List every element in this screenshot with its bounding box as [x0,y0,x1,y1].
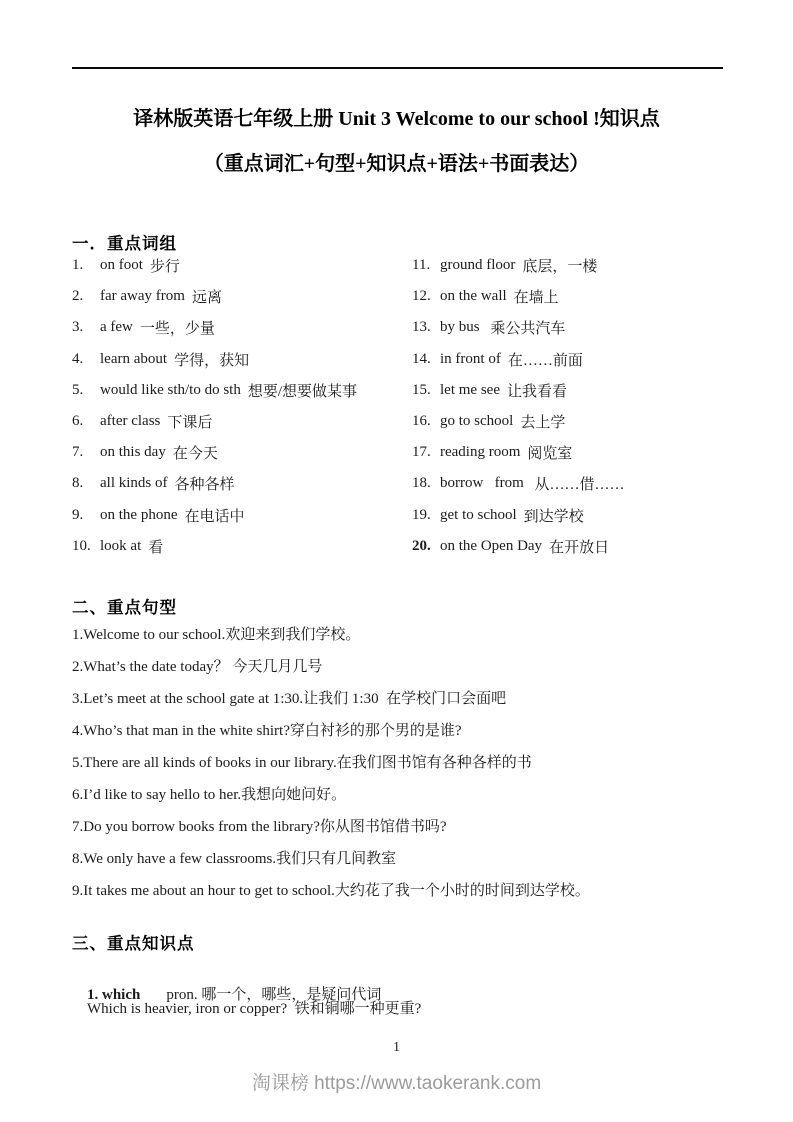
vocab-english: borrow from [440,475,524,492]
vocab-item: 1.on foot步行 [72,250,412,281]
document-title: 译林版英语七年级上册 Unit 3 Welcome to our school … [0,102,793,131]
vocab-number: 6. [72,413,100,430]
vocab-chinese: 在今天 [173,442,218,463]
vocab-chinese: 学得，获知 [174,349,249,370]
vocab-item: 8.all kinds of各种各样 [72,468,412,499]
vocab-number: 5. [72,382,100,399]
vocab-number: 11. [412,257,440,274]
sentence-item: 7.Do you borrow books from the library?你… [72,809,732,841]
document-page: 译林版英语七年级上册 Unit 3 Welcome to our school … [0,0,793,1122]
vocab-english: by bus [440,319,480,336]
vocab-chinese: 看 [148,536,163,557]
sentence-item: 5.There are all kinds of books in our li… [72,745,732,777]
vocab-number: 2. [72,288,100,305]
vocab-english: ground floor [440,257,515,274]
page-number: 1 [0,1040,793,1056]
vocab-english: on the Open Day [440,538,542,555]
vocab-english: all kinds of [100,475,168,492]
vocab-item: 5.would like sth/to do sth想要/想要做某事 [72,375,412,406]
vocab-chinese: 去上学 [520,411,565,432]
footer-watermark: 淘课榜 https://www.taokerank.com [0,1068,793,1095]
vocab-number: 14. [412,351,440,368]
vocab-number: 17. [412,444,440,461]
vocab-number: 3. [72,319,100,336]
vocab-english: on the phone [100,507,177,524]
vocab-english: get to school [440,507,517,524]
vocab-chinese: 到达学校 [524,505,584,526]
sentence-item: 2.What’s the date today？ 今天几月几号 [72,649,732,681]
sentence-item: 1.Welcome to our school.欢迎来到我们学校。 [72,617,732,649]
vocab-number: 16. [412,413,440,430]
knowledge-example: Which is heavier, iron or copper? 铁和铜哪一种… [87,997,421,1018]
vocab-item: 6.after class下课后 [72,406,412,437]
vocab-english: in front of [440,351,501,368]
vocab-english: would like sth/to do sth [100,382,241,399]
vocab-item: 13.by bus 乘公共汽车 [412,312,723,343]
vocab-item: 12.on the wall在墙上 [412,281,723,312]
vocab-number: 9. [72,507,100,524]
vocab-chinese: 阅览室 [527,442,572,463]
sentence-item: 9.It takes me about an hour to get to sc… [72,873,732,905]
vocab-item: 4.learn about学得，获知 [72,344,412,375]
document-subtitle: （重点词汇+句型+知识点+语法+书面表达） [0,147,793,176]
vocab-item: 16.go to school去上学 [412,406,723,437]
vocab-number: 7. [72,444,100,461]
vocab-chinese: 步行 [150,255,180,276]
vocab-item: 19.get to school到达学校 [412,500,723,531]
sentence-list: 1.Welcome to our school.欢迎来到我们学校。 2.What… [72,617,732,905]
sentence-item: 8.We only have a few classrooms.我们只有几间教室 [72,841,732,873]
vocab-english: on foot [100,257,143,274]
vocab-english: look at [100,538,141,555]
section-heading-patterns: 二、重点句型 [72,594,177,618]
vocab-english: far away from [100,288,185,305]
sentence-item: 3.Let’s meet at the school gate at 1:30.… [72,681,732,713]
vocab-english: on this day [100,444,166,461]
vocab-item: 15.let me see让我看看 [412,375,723,406]
vocab-chinese: 让我看看 [507,380,567,401]
vocab-english: learn about [100,351,167,368]
vocab-chinese: 底层，一楼 [522,255,597,276]
vocab-chinese: 乘公共汽车 [487,317,566,338]
vocab-chinese: 从……借…… [531,473,625,494]
vocab-number: 18. [412,475,440,492]
vocab-english: a few [100,319,133,336]
vocab-chinese: 各种各样 [175,473,235,494]
vocab-chinese: 想要/想要做某事 [248,380,357,401]
sentence-item: 4.Who’s that man in the white shirt?穿白衬衫… [72,713,732,745]
vocab-chinese: 远离 [192,286,222,307]
vocab-number: 13. [412,319,440,336]
vocab-item: 10.look at看 [72,531,412,562]
header-rule [72,67,723,69]
vocab-number: 20. [412,538,440,555]
vocab-item: 17.reading room阅览室 [412,437,723,468]
vocab-chinese: 下课后 [167,411,212,432]
vocab-english: go to school [440,413,513,430]
vocab-chinese: 一些，少量 [140,317,215,338]
vocab-item: 20.on the Open Day在开放日 [412,531,723,562]
vocab-number: 1. [72,257,100,274]
vocab-chinese: 在……前面 [508,349,583,370]
vocab-item: 3.a few一些，少量 [72,312,412,343]
vocab-item: 2.far away from远离 [72,281,412,312]
section-heading-knowledge: 三、重点知识点 [72,930,195,954]
vocab-list: 1.on foot步行 2.far away from远离 3.a few一些，… [72,250,723,562]
vocab-chinese: 在电话中 [184,505,244,526]
vocab-number: 8. [72,475,100,492]
vocab-english: on the wall [440,288,507,305]
vocab-number: 12. [412,288,440,305]
vocab-item: 18.borrow from 从……借…… [412,468,723,499]
vocab-chinese: 在开放日 [549,536,609,557]
vocab-number: 15. [412,382,440,399]
vocab-item: 11.ground floor底层，一楼 [412,250,723,281]
vocab-chinese: 在墙上 [514,286,559,307]
sentence-item: 6.I’d like to say hello to her.我想向她问好。 [72,777,732,809]
vocab-number: 10. [72,538,100,555]
vocab-english: after class [100,413,160,430]
vocab-number: 19. [412,507,440,524]
vocab-item: 14.in front of在……前面 [412,344,723,375]
vocab-english: reading room [440,444,520,461]
vocab-item: 7.on this day在今天 [72,437,412,468]
vocab-english: let me see [440,382,500,399]
vocab-item: 9.on the phone在电话中 [72,500,412,531]
vocab-number: 4. [72,351,100,368]
